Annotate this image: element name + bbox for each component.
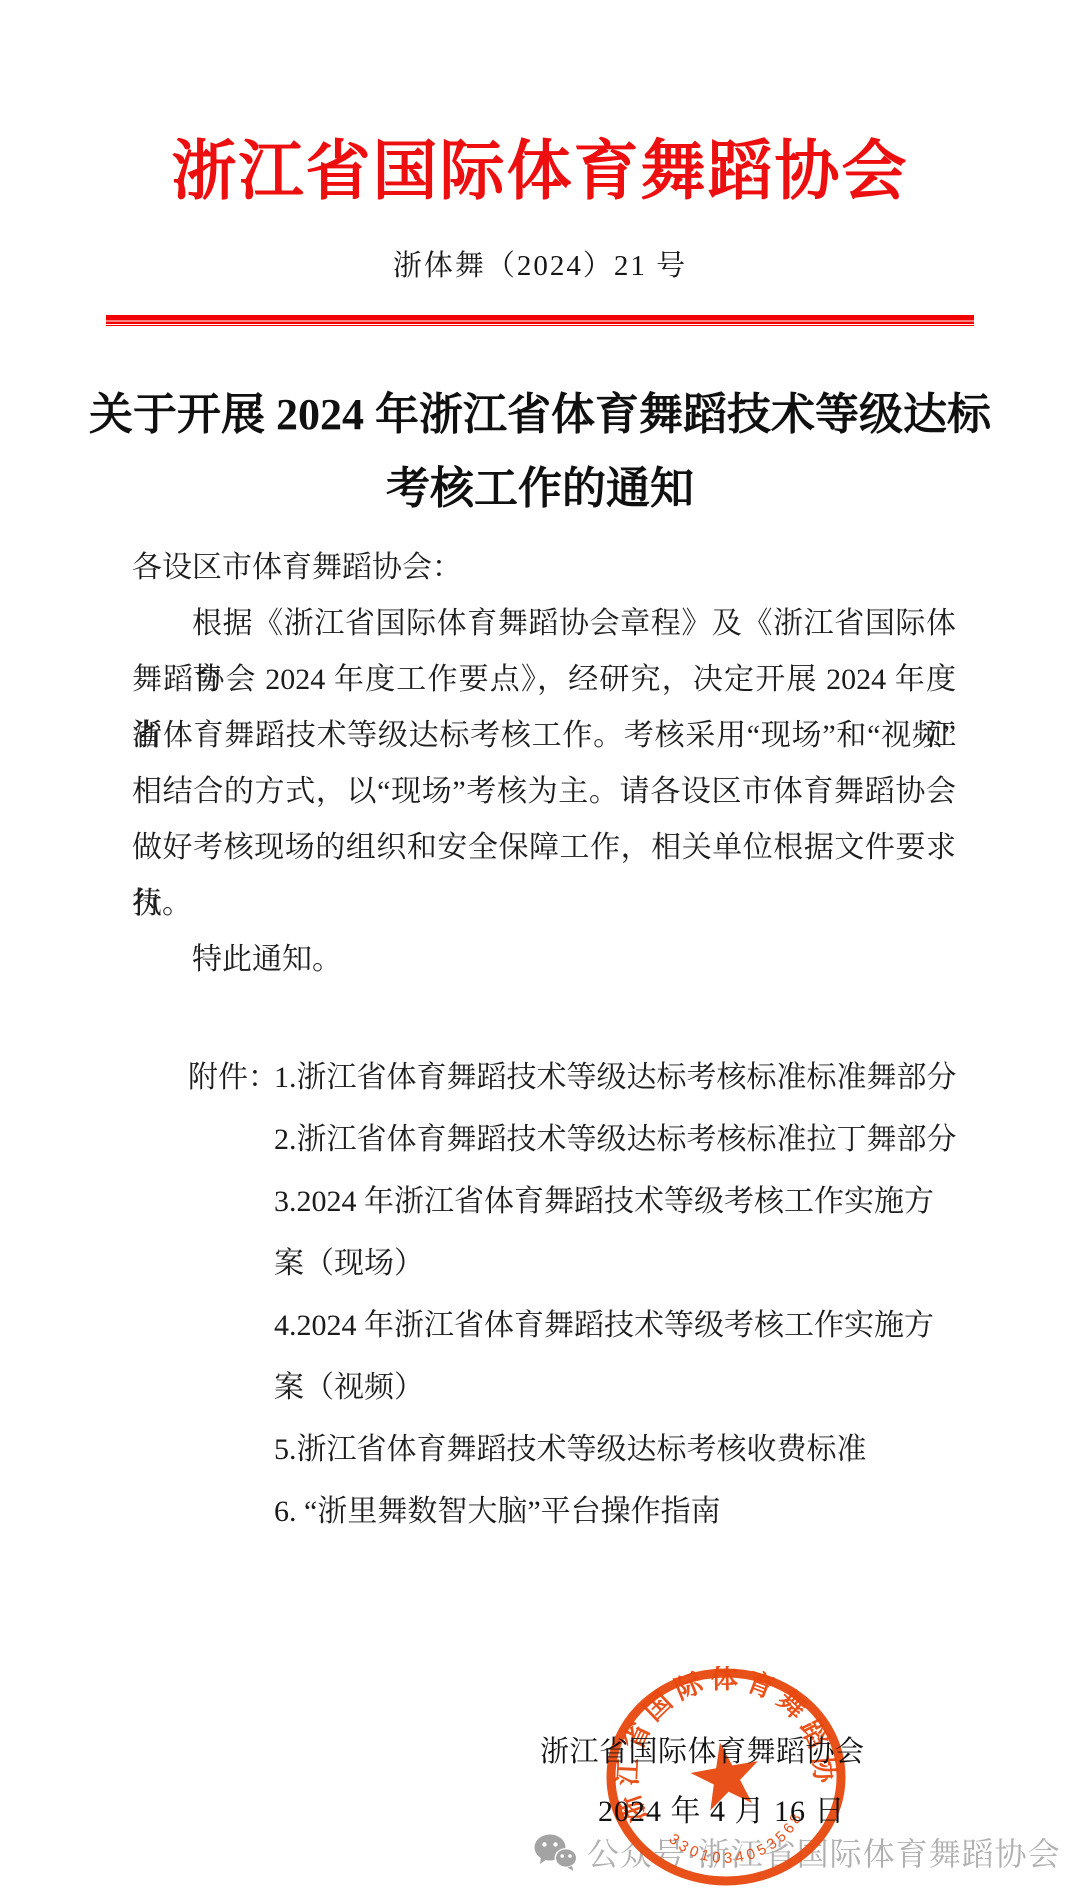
red-divider-rule — [106, 315, 974, 326]
notice-body: 各设区市体育舞蹈协会： 根据《浙江省国际体育舞蹈协会章程》及《浙江省国际体育 舞… — [132, 540, 956, 988]
wechat-icon — [533, 1833, 579, 1871]
notice-title-line-1: 关于开展 2024 年浙江省体育舞蹈技术等级达标 — [0, 378, 1080, 452]
attachment-item: 1.浙江省体育舞蹈技术等级达标考核标准标准舞部分 — [274, 1047, 974, 1109]
attachments-label: 附件： — [188, 1047, 278, 1109]
closing-line: 特此通知。 — [132, 932, 956, 988]
attachment-item: 3.2024 年浙江省体育舞蹈技术等级考核工作实施方 — [274, 1171, 974, 1233]
body-line: 行。 — [132, 876, 956, 932]
body-line: 舞蹈协会 2024 年度工作要点》，经研究，决定开展 2024 年度浙江 — [132, 652, 956, 708]
attachment-item: 4.2024 年浙江省体育舞蹈技术等级考核工作实施方 — [274, 1295, 974, 1357]
salutation: 各设区市体育舞蹈协会： — [132, 540, 956, 596]
attachment-item-continuation: 案（视频） — [274, 1357, 974, 1419]
body-line: 相结合的方式，以“现场”考核为主。请各设区市体育舞蹈协会 — [132, 764, 956, 820]
signature-org-name: 浙江省国际体育舞蹈协会 — [540, 1729, 865, 1770]
attachment-item: 2.浙江省体育舞蹈技术等级达标考核标准拉丁舞部分 — [274, 1109, 974, 1171]
notice-title: 关于开展 2024 年浙江省体育舞蹈技术等级达标 考核工作的通知 — [0, 378, 1080, 526]
attachment-item-continuation: 案（现场） — [274, 1233, 974, 1295]
official-seal: 浙江省国际体育舞蹈协会 3301034053568 — [604, 1666, 848, 1889]
attachment-item: 6. “浙里舞数智大脑”平台操作指南 — [274, 1481, 974, 1543]
attachments-list: 1.浙江省体育舞蹈技术等级达标考核标准标准舞部分 2.浙江省体育舞蹈技术等级达标… — [274, 1047, 974, 1543]
body-line: 根据《浙江省国际体育舞蹈协会章程》及《浙江省国际体育 — [132, 596, 956, 652]
body-line: 做好考核现场的组织和安全保障工作，相关单位根据文件要求执 — [132, 820, 956, 876]
notice-title-line-2: 考核工作的通知 — [0, 452, 1080, 526]
org-title: 浙江省国际体育舞蹈协会 — [0, 118, 1080, 212]
doc-number: 浙体舞（2024）21 号 — [0, 243, 1080, 284]
body-line: 省体育舞蹈技术等级达标考核工作。考核采用“现场”和“视频” — [132, 708, 956, 764]
attachment-item: 5.浙江省体育舞蹈技术等级达标考核收费标准 — [274, 1419, 974, 1481]
signature-date: 2024 年 4 月 16 日 — [598, 1786, 846, 1830]
